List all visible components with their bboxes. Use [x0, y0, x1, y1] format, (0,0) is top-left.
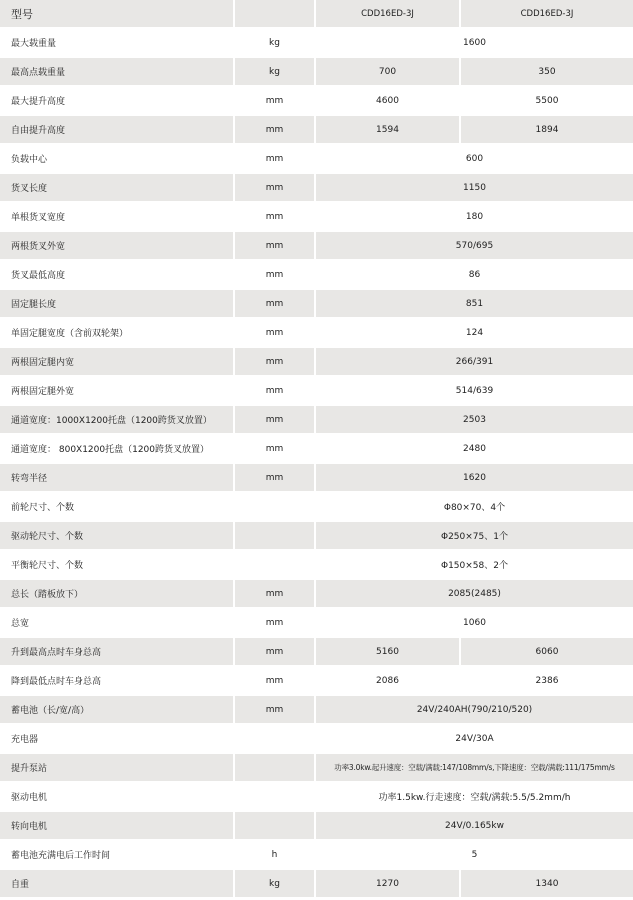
- spec-name: 两根固定腿外宽: [0, 377, 233, 406]
- table-row: 自重kg12701340: [0, 870, 633, 899]
- table-row: 总宽mm1060: [0, 609, 633, 638]
- spec-name: 固定腿长度: [0, 290, 233, 319]
- spec-name: 两根货叉外宽: [0, 232, 233, 261]
- spec-name: 降到最低点时车身总高: [0, 667, 233, 696]
- spec-value: 2085(2485): [314, 580, 633, 609]
- spec-unit: mm: [233, 174, 314, 203]
- spec-table: 型号 CDD16ED-3J CDD16ED-3J 最大载重量kg1600最高点载…: [0, 0, 633, 899]
- spec-value-model-2: 5500: [459, 87, 633, 116]
- spec-name: 蓄电池（长/宽/高）: [0, 696, 233, 725]
- table-row: 转弯半径mm1620: [0, 464, 633, 493]
- spec-name: 前轮尺寸、个数: [0, 493, 233, 522]
- table-row: 前轮尺寸、个数Φ80×70、4个: [0, 493, 633, 522]
- spec-value: 功率3.0kw.起升速度：空载/满载:147/108mm/s,下降速度：空载/满…: [314, 754, 633, 783]
- spec-name: 总宽: [0, 609, 233, 638]
- spec-value-model-1: 700: [314, 58, 459, 87]
- spec-name: 驱动电机: [0, 783, 233, 812]
- spec-unit: mm: [233, 377, 314, 406]
- spec-unit: h: [233, 841, 314, 870]
- spec-value: 266/391: [314, 348, 633, 377]
- spec-name: 充电器: [0, 725, 233, 754]
- spec-value: 180: [314, 203, 633, 232]
- spec-name: 总长（踏板放下）: [0, 580, 233, 609]
- spec-unit: mm: [233, 406, 314, 435]
- spec-name: 最大载重量: [0, 29, 233, 58]
- spec-name: 通道宽度： 800X1200托盘（1200跨货叉放置）: [0, 435, 233, 464]
- spec-name: 转弯半径: [0, 464, 233, 493]
- spec-name: 两根固定腿内宽: [0, 348, 233, 377]
- spec-value: 851: [314, 290, 633, 319]
- table-row: 两根货叉外宽mm570/695: [0, 232, 633, 261]
- spec-value: Φ250×75、1个: [314, 522, 633, 551]
- table-row: 转向电机24V/0.165kw: [0, 812, 633, 841]
- spec-name: 自重: [0, 870, 233, 899]
- spec-unit: mm: [233, 145, 314, 174]
- spec-name: 升到最高点时车身总高: [0, 638, 233, 667]
- spec-unit: [233, 754, 314, 783]
- table-row: 单根货叉宽度mm180: [0, 203, 633, 232]
- spec-value: Φ150×58、2个: [314, 551, 633, 580]
- spec-name: 货叉最低高度: [0, 261, 233, 290]
- spec-unit: [233, 522, 314, 551]
- table-row: 提升泵站功率3.0kw.起升速度：空载/满载:147/108mm/s,下降速度：…: [0, 754, 633, 783]
- spec-value-model-1: 5160: [314, 638, 459, 667]
- table-row: 两根固定腿内宽mm266/391: [0, 348, 633, 377]
- spec-value: 5: [314, 841, 633, 870]
- spec-unit: mm: [233, 261, 314, 290]
- table-row: 通道宽度： 800X1200托盘（1200跨货叉放置）mm2480: [0, 435, 633, 464]
- spec-unit: mm: [233, 232, 314, 261]
- spec-unit: mm: [233, 464, 314, 493]
- table-row: 充电器24V/30A: [0, 725, 633, 754]
- spec-unit: mm: [233, 203, 314, 232]
- spec-unit: [233, 725, 314, 754]
- spec-name: 最高点载重量: [0, 58, 233, 87]
- spec-value: 124: [314, 319, 633, 348]
- table-row: 驱动轮尺寸、个数Φ250×75、1个: [0, 522, 633, 551]
- spec-value-model-2: 350: [459, 58, 633, 87]
- spec-name: 驱动轮尺寸、个数: [0, 522, 233, 551]
- spec-value: 功率1.5kw.行走速度：空载/满载:5.5/5.2mm/h: [314, 783, 633, 812]
- header-model-2: CDD16ED-3J: [459, 0, 633, 29]
- spec-name: 单根货叉宽度: [0, 203, 233, 232]
- spec-unit: mm: [233, 580, 314, 609]
- table-row: 升到最高点时车身总高mm51606060: [0, 638, 633, 667]
- spec-unit: mm: [233, 696, 314, 725]
- spec-unit: kg: [233, 29, 314, 58]
- spec-name: 货叉长度: [0, 174, 233, 203]
- spec-value-model-2: 1894: [459, 116, 633, 145]
- spec-name: 单固定腿宽度（含前双轮架）: [0, 319, 233, 348]
- spec-unit: [233, 783, 314, 812]
- spec-unit: [233, 493, 314, 522]
- spec-name: 平衡轮尺寸、个数: [0, 551, 233, 580]
- table-row: 最高点载重量kg700350: [0, 58, 633, 87]
- spec-unit: mm: [233, 348, 314, 377]
- spec-value-model-1: 1594: [314, 116, 459, 145]
- spec-value: 86: [314, 261, 633, 290]
- spec-value: 2503: [314, 406, 633, 435]
- table-row: 总长（踏板放下）mm2085(2485): [0, 580, 633, 609]
- table-row: 蓄电池充满电后工作时间h5: [0, 841, 633, 870]
- table-row: 最大提升高度mm46005500: [0, 87, 633, 116]
- spec-unit: [233, 812, 314, 841]
- table-row: 自由提升高度mm15941894: [0, 116, 633, 145]
- spec-value: 600: [314, 145, 633, 174]
- table-row: 平衡轮尺寸、个数Φ150×58、2个: [0, 551, 633, 580]
- spec-value: 570/695: [314, 232, 633, 261]
- spec-value: 1600: [314, 29, 633, 58]
- spec-value-model-1: 2086: [314, 667, 459, 696]
- table-row: 货叉长度mm1150: [0, 174, 633, 203]
- spec-name: 通道宽度：1000X1200托盘（1200跨货叉放置）: [0, 406, 233, 435]
- spec-name: 转向电机: [0, 812, 233, 841]
- spec-unit: mm: [233, 319, 314, 348]
- spec-value-model-2: 2386: [459, 667, 633, 696]
- spec-name: 蓄电池充满电后工作时间: [0, 841, 233, 870]
- table-row: 降到最低点时车身总高mm20862386: [0, 667, 633, 696]
- spec-name: 自由提升高度: [0, 116, 233, 145]
- spec-value-model-1: 1270: [314, 870, 459, 899]
- table-row: 蓄电池（长/宽/高）mm24V/240AH(790/210/520): [0, 696, 633, 725]
- header-model-label: 型号: [0, 0, 233, 29]
- spec-unit: mm: [233, 290, 314, 319]
- table-row: 固定腿长度mm851: [0, 290, 633, 319]
- spec-name: 负载中心: [0, 145, 233, 174]
- spec-value: 2480: [314, 435, 633, 464]
- spec-unit: kg: [233, 870, 314, 899]
- table-row: 两根固定腿外宽mm514/639: [0, 377, 633, 406]
- spec-value: 514/639: [314, 377, 633, 406]
- spec-value-model-1: 4600: [314, 87, 459, 116]
- spec-value: 1060: [314, 609, 633, 638]
- spec-unit: kg: [233, 58, 314, 87]
- spec-sheet: 型号 CDD16ED-3J CDD16ED-3J 最大载重量kg1600最高点载…: [0, 0, 633, 900]
- spec-value: 1150: [314, 174, 633, 203]
- spec-name: 最大提升高度: [0, 87, 233, 116]
- spec-value: 24V/240AH(790/210/520): [314, 696, 633, 725]
- table-header-row: 型号 CDD16ED-3J CDD16ED-3J: [0, 0, 633, 29]
- table-row: 负载中心mm600: [0, 145, 633, 174]
- spec-value: 24V/30A: [314, 725, 633, 754]
- spec-unit: mm: [233, 667, 314, 696]
- spec-value: 1620: [314, 464, 633, 493]
- spec-unit: mm: [233, 116, 314, 145]
- table-row: 驱动电机功率1.5kw.行走速度：空载/满载:5.5/5.2mm/h: [0, 783, 633, 812]
- table-row: 单固定腿宽度（含前双轮架）mm124: [0, 319, 633, 348]
- spec-unit: mm: [233, 609, 314, 638]
- spec-name: 提升泵站: [0, 754, 233, 783]
- header-model-1: CDD16ED-3J: [314, 0, 459, 29]
- spec-unit: mm: [233, 435, 314, 464]
- spec-value: Φ80×70、4个: [314, 493, 633, 522]
- spec-value-model-2: 6060: [459, 638, 633, 667]
- spec-unit: mm: [233, 638, 314, 667]
- header-unit: [233, 0, 314, 29]
- spec-unit: [233, 551, 314, 580]
- spec-unit: mm: [233, 87, 314, 116]
- table-row: 通道宽度：1000X1200托盘（1200跨货叉放置）mm2503: [0, 406, 633, 435]
- spec-value-model-2: 1340: [459, 870, 633, 899]
- table-row: 货叉最低高度mm86: [0, 261, 633, 290]
- table-row: 最大载重量kg1600: [0, 29, 633, 58]
- spec-value: 24V/0.165kw: [314, 812, 633, 841]
